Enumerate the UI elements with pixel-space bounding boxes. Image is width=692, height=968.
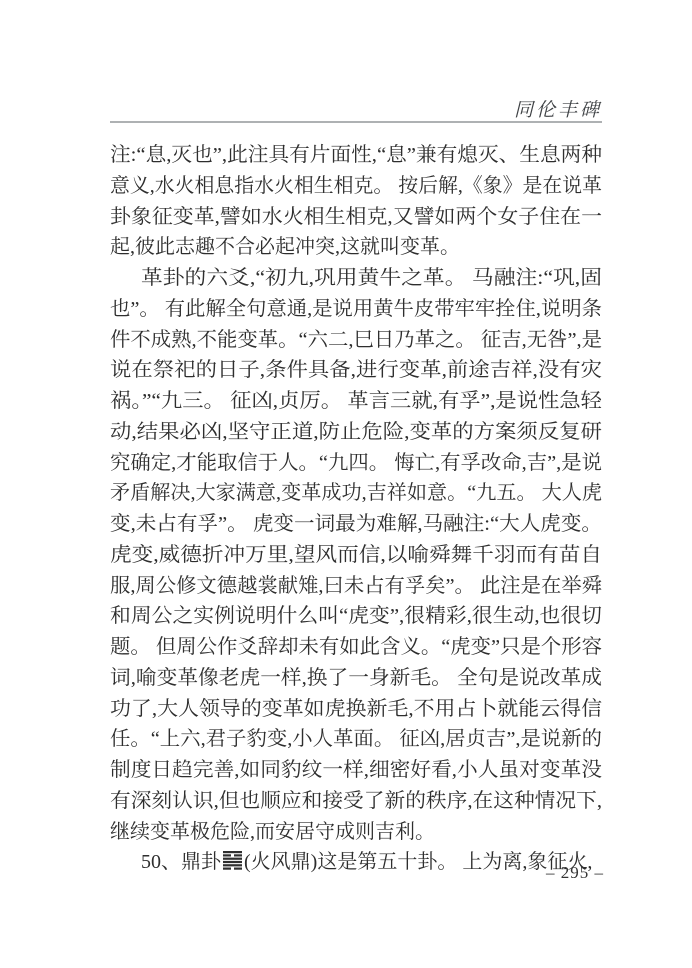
body-text: 注:“息,灭也”,此注具有片面性,“息”兼有熄灭、生息两种意义,水火相息指水火相… bbox=[110, 140, 602, 878]
line-text: 功了,大人领导的变革如虎换新毛,不用占卜就能云得信 bbox=[110, 694, 602, 725]
text-line: 继续变革极危险,而安居守成则吉利。 bbox=[110, 817, 602, 848]
text-line: 制度日趋完善,如同豹纹一样,细密好看,小人虽对变革没 bbox=[110, 755, 602, 786]
line-text: (火风鼎)这是第五十卦。 上为离,象征火, bbox=[244, 851, 592, 873]
line-text: 件不成熟,不能变革。“六二,巳日乃革之。 征吉,无咎”,是 bbox=[110, 325, 602, 356]
text-line: 任。“上六,君子豹变,小人革面。 征凶,居贞吉”,是说新的 bbox=[110, 724, 602, 755]
line-text: 变,未占有孚”。 虎变一词最为难解,马融注:“大人虎变。 bbox=[110, 509, 602, 540]
text-line: 说在祭祀的日子,条件具备,进行变革,前途吉祥,没有灾 bbox=[110, 355, 602, 386]
book-page: 同伦丰碑 注:“息,灭也”,此注具有片面性,“息”兼有熄灭、生息两种意义,水火相… bbox=[0, 0, 692, 968]
text-line: 和周公之实例说明什么叫“虎变”,很精彩,很生动,也很切 bbox=[110, 601, 602, 632]
text-line: 词,喻变革像老虎一样,换了一身新毛。 全句是说改革成 bbox=[110, 663, 602, 694]
line-text: 题。 但周公作爻辞却未有如此含义。“虎变”只是个形容 bbox=[110, 632, 602, 663]
text-line: 革卦的六爻,“初九,巩用黄牛之革。 马融注:“巩,固 bbox=[110, 263, 602, 294]
text-line: 变,未占有孚”。 虎变一词最为难解,马融注:“大人虎变。 bbox=[110, 509, 602, 540]
line-text: 说在祭祀的日子,条件具备,进行变革,前途吉祥,没有灾 bbox=[110, 355, 602, 386]
line-text: 服,周公修文德越裳献雉,曰未占有孚矣”。 此注是在举舜 bbox=[110, 571, 602, 602]
line-text: 50、鼎卦 bbox=[141, 851, 221, 873]
text-line: 祸。”“九三。 征凶,贞厉。 革言三就,有孚”,是说性急轻 bbox=[110, 386, 602, 417]
text-line: 注:“息,灭也”,此注具有片面性,“息”兼有熄灭、生息两种 bbox=[110, 140, 602, 171]
text-line: 起,彼此志趣不合必起冲突,这就叫变革。 bbox=[110, 232, 602, 263]
header-rule bbox=[110, 121, 602, 123]
line-text: 究确定,才能取信于人。“九四。 悔亡,有孚改命,吉”,是说 bbox=[110, 448, 602, 479]
line-text: 也”。 有此解全句意通,是说用黄牛皮带牢牢拴住,说明条 bbox=[110, 294, 602, 325]
line-text: 虎变,威德折冲万里,望风而信,以喻舜舞千羽而有苗自 bbox=[110, 540, 602, 571]
text-line: 意义,水火相息指水火相生相克。 按后解,《象》是在说革 bbox=[110, 171, 602, 202]
line-text: 注:“息,灭也”,此注具有片面性,“息”兼有熄灭、生息两种 bbox=[110, 140, 602, 171]
text-line: 题。 但周公作爻辞却未有如此含义。“虎变”只是个形容 bbox=[110, 632, 602, 663]
text-line: 服,周公修文德越裳献雉,曰未占有孚矣”。 此注是在举舜 bbox=[110, 571, 602, 602]
text-line: 动,结果必凶,坚守正道,防止危险,变革的方案须反复研 bbox=[110, 417, 602, 448]
line-text: 继续变革极危险,而安居守成则吉利。 bbox=[110, 817, 435, 848]
text-line: 也”。 有此解全句意通,是说用黄牛皮带牢牢拴住,说明条 bbox=[110, 294, 602, 325]
line-text: 有深刻认识,但也顺应和接受了新的秩序,在这种情况下, bbox=[110, 786, 602, 817]
line-text: 任。“上六,君子豹变,小人革面。 征凶,居贞吉”,是说新的 bbox=[110, 724, 602, 755]
text-line: 矛盾解决,大家满意,变革成功,吉祥如意。“九五。 大人虎 bbox=[110, 478, 602, 509]
text-line: 卦象征变革,譬如水火相生相克,又譬如两个女子住在一 bbox=[110, 202, 602, 233]
line-text: 祸。”“九三。 征凶,贞厉。 革言三就,有孚”,是说性急轻 bbox=[110, 386, 602, 417]
page-number: – 295 – bbox=[546, 863, 604, 883]
line-text: 起,彼此志趣不合必起冲突,这就叫变革。 bbox=[110, 232, 460, 263]
line-text: 动,结果必凶,坚守正道,防止危险,变革的方案须反复研 bbox=[110, 417, 602, 448]
line-text: 卦象征变革,譬如水火相生相克,又譬如两个女子住在一 bbox=[110, 202, 602, 233]
text-line: 究确定,才能取信于人。“九四。 悔亡,有孚改命,吉”,是说 bbox=[110, 448, 602, 479]
text-line: 有深刻认识,但也顺应和接受了新的秩序,在这种情况下, bbox=[110, 786, 602, 817]
text-line: 件不成熟,不能变革。“六二,巳日乃革之。 征吉,无咎”,是 bbox=[110, 325, 602, 356]
hexagram-cauldron-icon bbox=[223, 850, 242, 870]
text-line: 虎变,威德折冲万里,望风而信,以喻舜舞千羽而有苗自 bbox=[110, 540, 602, 571]
line-text: 矛盾解决,大家满意,变革成功,吉祥如意。“九五。 大人虎 bbox=[110, 478, 602, 509]
running-header: 同伦丰碑 bbox=[514, 95, 602, 122]
line-text: 革卦的六爻,“初九,巩用黄牛之革。 马融注:“巩,固 bbox=[141, 263, 602, 294]
text-line: 50、鼎卦(火风鼎)这是第五十卦。 上为离,象征火, bbox=[110, 847, 602, 878]
line-text: 词,喻变革像老虎一样,换了一身新毛。 全句是说改革成 bbox=[110, 663, 602, 694]
line-text: 意义,水火相息指水火相生相克。 按后解,《象》是在说革 bbox=[110, 171, 602, 202]
line-text: 制度日趋完善,如同豹纹一样,细密好看,小人虽对变革没 bbox=[110, 755, 602, 786]
text-line: 功了,大人领导的变革如虎换新毛,不用占卜就能云得信 bbox=[110, 694, 602, 725]
line-text: 和周公之实例说明什么叫“虎变”,很精彩,很生动,也很切 bbox=[110, 601, 602, 632]
